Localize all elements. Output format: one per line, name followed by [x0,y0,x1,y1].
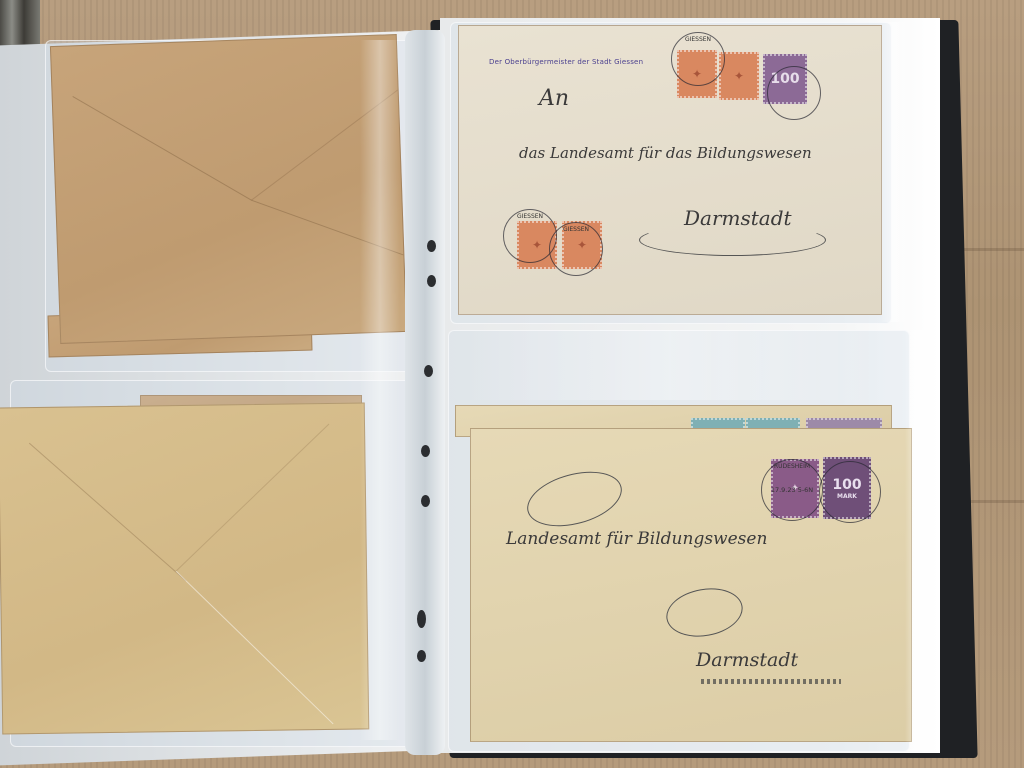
city: Darmstadt [684,206,792,230]
punch-hole [424,365,433,377]
punch-hole [427,275,436,287]
city-underline [701,679,841,684]
sender-stamp: Der Oberbürgermeister der Stadt Giessen [489,58,643,66]
postmark [819,461,881,523]
envelope-flap-lines [0,403,368,733]
sleeve-glare [880,22,910,322]
recipient-line: das Landesamt für das Bildungswesen [519,144,812,162]
envelope-back [50,34,407,344]
recipient-line: Landesamt für Bildungswesen [506,529,767,549]
punch-hole [421,495,430,507]
postmark: GIESSEN [549,222,603,276]
stamp-orange: ✦ [719,52,759,100]
script-flourish [663,583,747,643]
salutation: An [539,86,569,111]
envelope-front-giessen: Der Oberbürgermeister der Stadt Giessen … [458,25,882,315]
sleeve-glare [905,330,935,750]
sleeve-glare [460,330,880,400]
sleeve-glare [360,40,400,740]
postmark: RÜDESHEIM 17.9.23 5-6N [761,459,823,521]
punch-hole [417,610,426,628]
binder-strip [405,30,445,755]
punch-hole [417,650,426,662]
punch-hole [427,240,436,252]
city: Darmstadt [696,649,798,671]
script-flourish [521,462,628,535]
envelope-front-ruedesheim: ✦ 100 MARK RÜDESHEIM 17.9.23 5-6N Landes… [470,428,912,742]
punch-hole [421,445,430,457]
postmark [767,66,821,120]
envelope-flap-lines [51,35,406,343]
envelope-back [0,402,369,734]
postmark: GIESSEN [671,32,725,86]
